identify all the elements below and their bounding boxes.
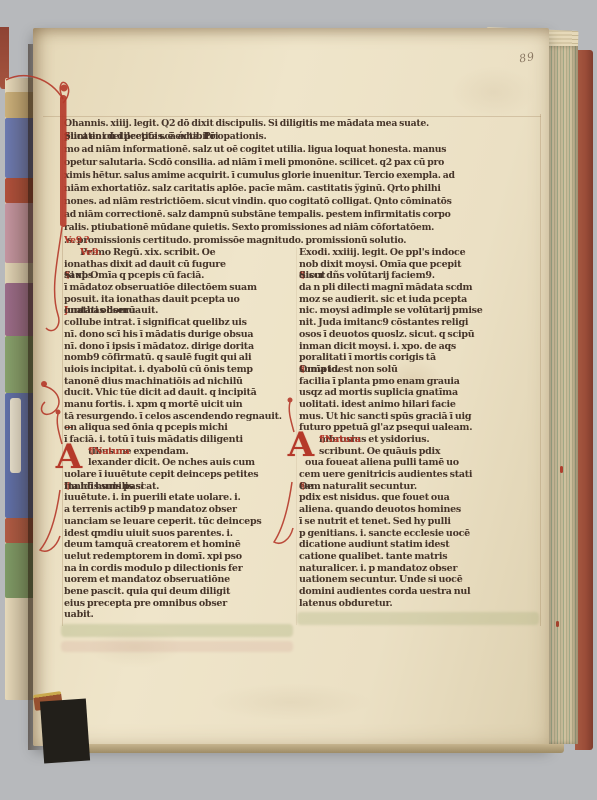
text-line: nob dixit moysi. Omīa que pcepit bbox=[299, 259, 542, 271]
text-line: usqz ad mortis suplicia gnatīma bbox=[299, 387, 542, 399]
body-text: ī se nutrit et tenet. Sed hy pulli bbox=[299, 516, 451, 528]
body-text: lexander dicit. Oe nches auis cum bbox=[88, 457, 255, 469]
body-text: facilia ī planta pmo enam grauia bbox=[299, 376, 460, 388]
drop-cap-initial-A-right: A bbox=[286, 428, 316, 462]
body-text: naturalicer. i. p mandatoz obser bbox=[299, 563, 457, 575]
body-text: deum tamquā creatorem et hominē bbox=[64, 539, 241, 551]
body-text: eius precepta pre omnibus obser bbox=[64, 598, 227, 610]
body-text: pdix est nisidus. que fouet oua bbox=[299, 492, 450, 504]
body-text: ionathas dixit ad dauit cū fugure bbox=[64, 259, 226, 271]
right-text-column: Exodi. xxiiij. legit. Oe ppl's indocenob… bbox=[299, 247, 542, 609]
body-text: opetur salutaria. Scdō consilia. ad niām… bbox=[64, 156, 444, 169]
body-text: nī. dono scī his ī mādatis durige obsua bbox=[64, 329, 253, 341]
text-line: tā resurgendo. ī celos ascendendo regnau… bbox=[64, 411, 295, 423]
body-text: tā resurgendo. ī celos ascendendo regnau… bbox=[64, 411, 282, 423]
body-text: manu fortis. i. xpm q mortē uicit uin bbox=[64, 399, 242, 411]
body-text: Sunt eni dei pcepta scā ácta. Pri bbox=[64, 130, 218, 143]
body-text: aliena. quando deuotos homines bbox=[299, 504, 461, 516]
left-text-column: Primo Regū. xix. scribit. Oe Ve9.ionatha… bbox=[64, 247, 295, 621]
fore-edge-red-speck bbox=[556, 621, 559, 627]
body-text: iuuētute. i. in puerili etate uolare. i. bbox=[64, 492, 241, 504]
body-text: nī. dono ī ipsis ī mādatoz. dirige dorit… bbox=[64, 341, 254, 353]
text-line: domini audientes corda uestra nul bbox=[299, 586, 542, 598]
text-line: uelut redemptorem in domī. xpi pso bbox=[64, 551, 295, 563]
body-text: ī mādatoz obseruatiōe dilectōem suam bbox=[64, 282, 257, 294]
text-line: futuro ppetuā gl'az psequi ualeam. bbox=[299, 422, 542, 434]
body-text: .s. promissionis certitudo. promissōe ma… bbox=[64, 234, 406, 247]
rubric-text: ¶Natura bbox=[319, 434, 361, 446]
parchment-stain bbox=[208, 683, 373, 721]
text-line: tanonē dius machinatiōis ad nichilū bbox=[64, 376, 295, 388]
rubric-text: ¶Natura bbox=[88, 446, 130, 458]
text-line: inman dicit moysi. i. xpo. de aqs bbox=[299, 341, 542, 353]
body-text: dicatione audiunt statim idest bbox=[299, 539, 449, 551]
body-text: nit. Juda imitanc9 cōstantes religi bbox=[299, 317, 468, 329]
body-text: oua foueat aliena pulli tamē uo bbox=[305, 457, 459, 469]
body-text: niām exhortatiōz. salz caritatis aplōe. … bbox=[64, 182, 441, 195]
body-text: uolare ī iuuētute cepit deinceps petites bbox=[64, 469, 258, 481]
body-text: bene pascit. quia qui deum diligit bbox=[64, 586, 230, 598]
text-line: iuuētute. i. in puerili etate uolare. i. bbox=[64, 492, 295, 504]
body-text: ī faciā. i. totū ī tuis mādatis diligent… bbox=[64, 434, 243, 446]
text-line: dicatione audiunt statim idest bbox=[299, 539, 542, 551]
text-line: mo ad niām informationē. salz ut oē cogi… bbox=[64, 143, 541, 156]
text-line: cem uere genitricis audientes stati bbox=[299, 469, 542, 481]
body-text: mo ad niām informationē. salz ut oē cogi… bbox=[64, 143, 446, 156]
text-line: ī se nutrit et tenet. Sed hy pulli bbox=[299, 516, 542, 528]
body-text: catione qualibet. tante matris bbox=[299, 551, 447, 563]
text-line: catione qualibet. tante matris bbox=[299, 551, 542, 563]
body-text: uelut redemptorem in domī. xpi pso bbox=[64, 551, 242, 563]
ruling-line-left bbox=[62, 114, 63, 626]
text-line: Ohannis. xiiij. legit. Q2 dō dixit disci… bbox=[64, 117, 541, 130]
body-text: Exodi. xxiiij. legit. Oe ppl's indoce bbox=[299, 247, 465, 259]
text-line: niām exhortatiōz. salz caritatis aplōe. … bbox=[64, 182, 541, 195]
fore-edge-page-stack bbox=[546, 46, 578, 744]
body-text: osos ī deuotos quoslz. sicut. q scipū bbox=[299, 329, 474, 341]
text-line: na in cordis modulo p dilectionis fer bbox=[64, 563, 295, 575]
body-text: uationem secuntur. Unde si uocē bbox=[299, 574, 463, 586]
text-line: ī faciā. i. totū ī tuis mādatis diligent… bbox=[64, 434, 295, 446]
text-line: ralis. ptiubationē mūdane quietis. Sexto… bbox=[64, 221, 541, 234]
manuscript-photo: 89 Ohannis. xiiij. legit. Q2 dō dixit di… bbox=[0, 0, 597, 800]
show-through-band bbox=[61, 624, 293, 637]
text-line: bene pascit. quia qui deum diligit bbox=[64, 586, 295, 598]
text-line: tibus me expendam. ¶Natura bbox=[64, 446, 295, 458]
text-line: oua foueat aliena pulli tamē uo bbox=[299, 457, 542, 469]
text-line: da n pli dilecti magnī mādata scdm bbox=[299, 282, 542, 294]
parchment-stain bbox=[451, 66, 536, 118]
body-text: Omīa idest non solū bbox=[299, 364, 398, 376]
text-line: nomb9 cōfirmatū. q saulē fugit qui ali bbox=[64, 352, 295, 364]
folio-number: 89 bbox=[518, 47, 550, 65]
text-line: saul. Omīa q pcepis cū faciā. ¶ Si xps bbox=[64, 270, 295, 282]
rubric-text: Ve9. bbox=[80, 247, 101, 259]
text-line: luntati obseruauit. Jonathas domū bbox=[64, 305, 295, 317]
show-through-band bbox=[297, 612, 539, 625]
text-line: discr dñs volūtarij faciem9. ¶ Sicut bbox=[299, 270, 542, 282]
text-line: osos ī deuotos quoslz. sicut. q scipū bbox=[299, 329, 542, 341]
text-line: uorem et mandatoz obseruatiōne bbox=[64, 574, 295, 586]
text-line: deum tamquā creatorem et hominē bbox=[64, 539, 295, 551]
text-line: facilia ī planta pmo enam grauia bbox=[299, 376, 542, 388]
body-text: collube intrat. ī significat quelibz uis bbox=[64, 317, 247, 329]
manuscript-page: 89 Ohannis. xiiij. legit. Q2 dō dixit di… bbox=[33, 28, 549, 746]
body-text: mus. Ut hic sancti spūs graciā ī uig bbox=[299, 411, 471, 423]
body-text: uabit. bbox=[64, 609, 94, 621]
text-line: eius precepta pre omnibus obser bbox=[64, 598, 295, 610]
heading-block: Ohannis. xiiij. legit. Q2 dō dixit disci… bbox=[64, 117, 541, 247]
body-text: poralitati ī mortis corigis tā bbox=[299, 352, 436, 364]
text-line: opetur salutaria. Scdō consilia. ad niām… bbox=[64, 156, 541, 169]
body-text: da n pli dilecti magnī mādata scdm bbox=[299, 282, 472, 294]
text-line: p genitians. i. sancte ecclesie uocē bbox=[299, 528, 542, 540]
body-text: uolitati. idest animo hilari facie bbox=[299, 399, 456, 411]
body-text: eam naturalit secuntur. bbox=[299, 481, 417, 493]
text-line: uationem secuntur. Unde si uocē bbox=[299, 574, 542, 586]
text-line: uiois incipitat. i. dyabolū cū ōnis temp bbox=[64, 364, 295, 376]
body-text: cem uere genitricis audientes stati bbox=[299, 469, 472, 481]
show-through-band bbox=[61, 641, 293, 652]
body-text: Ita hō humilis si bbox=[64, 481, 144, 493]
body-text: ximis hētur. salus amime acquirit. ī cum… bbox=[64, 169, 455, 182]
text-line: moz se audierit. sic et iuda pcepta bbox=[299, 294, 542, 306]
text-line: Primo Regū. xix. scribit. Oe Ve9. bbox=[64, 247, 295, 259]
text-line: scribunt. Oe quāuis pdix bbox=[299, 446, 542, 458]
text-line: nic. moysi adimple se volūtarij pmise bbox=[299, 305, 542, 317]
body-text: scribunt. Oe quāuis pdix bbox=[319, 446, 440, 458]
page-bottom-edge bbox=[72, 744, 564, 753]
body-text: futuro ppetuā gl'az psequi ualeam. bbox=[299, 422, 472, 434]
text-line: pdix est nisidus. que fouet oua bbox=[299, 492, 542, 504]
text-line: nit. Juda imitanc9 cōstantes religi bbox=[299, 317, 542, 329]
body-text: nomb9 cōfirmatū. q saulē fugit qui ali bbox=[64, 352, 251, 364]
body-text: Si xps bbox=[64, 270, 93, 282]
body-text: idest qmdiu uiuit suos parentes. i. bbox=[64, 528, 233, 540]
body-text: usqz ad mortis suplicia gnatīma bbox=[299, 387, 458, 399]
text-line: nones. ad niām restrictiōem. sicut vindi… bbox=[64, 195, 541, 208]
text-line: aliena. quando deuotos homines bbox=[299, 504, 542, 516]
body-text: onathas domū bbox=[64, 305, 135, 317]
text-line: mbrosius et ysidorius. ¶Natura bbox=[299, 434, 542, 446]
text-line: collube intrat. ī significat quelibz uis bbox=[64, 317, 295, 329]
rubric-text: Ve9 ? bbox=[64, 234, 89, 247]
body-text: inman dicit moysi. i. xpo. de aqs bbox=[299, 341, 456, 353]
text-line: uabit. bbox=[64, 609, 295, 621]
drop-cap-initial-A-left: A bbox=[54, 440, 84, 474]
text-line: idest qmdiu uiuit suos parentes. i. bbox=[64, 528, 295, 540]
text-line: uanciam se leuare ceperit. tūc deinceps bbox=[64, 516, 295, 528]
body-text: p genitians. i. sancte ecclesie uocē bbox=[299, 528, 470, 540]
text-line: manu fortis. i. xpm q mortē uicit uin bbox=[64, 399, 295, 411]
binding-shadow-bottom-left bbox=[40, 698, 90, 763]
text-line: Exodi. xxiiij. legit. Oe ppl's indoce bbox=[299, 247, 542, 259]
body-text: a terrenis actib9 p mandatoz obser bbox=[64, 504, 237, 516]
text-line: poralitati ī mortis corigis tā bbox=[299, 352, 542, 364]
text-line: ad niām correctionē. salz dampnū substān… bbox=[64, 208, 541, 221]
body-text: uorem et mandatoz obseruatiōne bbox=[64, 574, 230, 586]
text-line: uolare ī iuuētute cepit deinceps petites bbox=[64, 469, 295, 481]
text-line: nī. dono ī ipsis ī mādatoz. dirige dorit… bbox=[64, 341, 295, 353]
body-text: latenus obduretur. bbox=[299, 598, 392, 610]
body-text: Oe bbox=[299, 481, 313, 493]
fore-edge-red-speck bbox=[560, 466, 563, 473]
body-text: moz se audierit. sic et iuda pcepta bbox=[299, 294, 467, 306]
text-line: .s. promissionis certitudo. promissōe ma… bbox=[64, 234, 541, 247]
body-text: ducit. Vhic tūe dicit ad dauit. q incipi… bbox=[64, 387, 257, 399]
body-text: ralis. ptiubationē mūdane quietis. Sexto… bbox=[64, 221, 434, 234]
text-line: mus. Ut hic sancti spūs graciā ī uig bbox=[299, 411, 542, 423]
text-line: —on aliqua sed ōnia q pcepis michi bbox=[64, 422, 295, 434]
text-line: eam naturalit secuntur. ¶ Oe bbox=[299, 481, 542, 493]
body-text: nob dixit moysi. Omīa que pcepit bbox=[299, 259, 461, 271]
body-text: na in cordis modulo p dilectionis fer bbox=[64, 563, 242, 575]
text-line: ximis hētur. salus amime acquirit. ī cum… bbox=[64, 169, 541, 182]
text-line: sumpto. ¶ Omīa idest non solū bbox=[299, 364, 542, 376]
body-text: posuit. ita ionathas dauit pcepta uo bbox=[64, 294, 240, 306]
text-line: innidis suis pascat. ¶ Ita hō humilis si bbox=[64, 481, 295, 493]
text-line: naturalicer. i. p mandatoz obser bbox=[299, 563, 542, 575]
body-text: Ohannis. xiiij. legit. Q2 dō dixit disci… bbox=[64, 117, 429, 130]
text-line: nī. dono scī his ī mādatis durige obsua bbox=[64, 329, 295, 341]
text-line: latenus obduretur. bbox=[299, 598, 542, 610]
body-text: uiois incipitat. i. dyabolū cū ōnis temp bbox=[64, 364, 253, 376]
text-line: ¶plicatio cū dilectiōis. ē exhibitō opat… bbox=[64, 130, 541, 143]
body-text: Sicut bbox=[299, 270, 325, 282]
body-text: domini audientes corda uestra nul bbox=[299, 586, 470, 598]
body-text: tanonē dius machinatiōis ad nichilū bbox=[64, 376, 243, 388]
text-line: a terrenis actib9 p mandatoz obser bbox=[64, 504, 295, 516]
text-line: lexander dicit. Oe nches auis cum bbox=[64, 457, 295, 469]
body-text: nic. moysi adimple se volūtarij pmise bbox=[299, 305, 483, 317]
body-text: ad niām correctionē. salz dampnū substān… bbox=[64, 208, 451, 221]
text-line: ducit. Vhic tūe dicit ad dauit. q incipi… bbox=[64, 387, 295, 399]
text-line: ī mādatoz obseruatiōe dilectōem suam bbox=[64, 282, 295, 294]
body-text: uanciam se leuare ceperit. tūc deinceps bbox=[64, 516, 261, 528]
body-text: on aliqua sed ōnia q pcepis michi bbox=[64, 422, 228, 434]
text-line: uolitati. idest animo hilari facie bbox=[299, 399, 542, 411]
body-text: nones. ad niām restrictiōem. sicut vindi… bbox=[64, 195, 452, 208]
text-line: ionathas dixit ad dauit cū fugure bbox=[64, 259, 295, 271]
text-line: posuit. ita ionathas dauit pcepta uo bbox=[64, 294, 295, 306]
